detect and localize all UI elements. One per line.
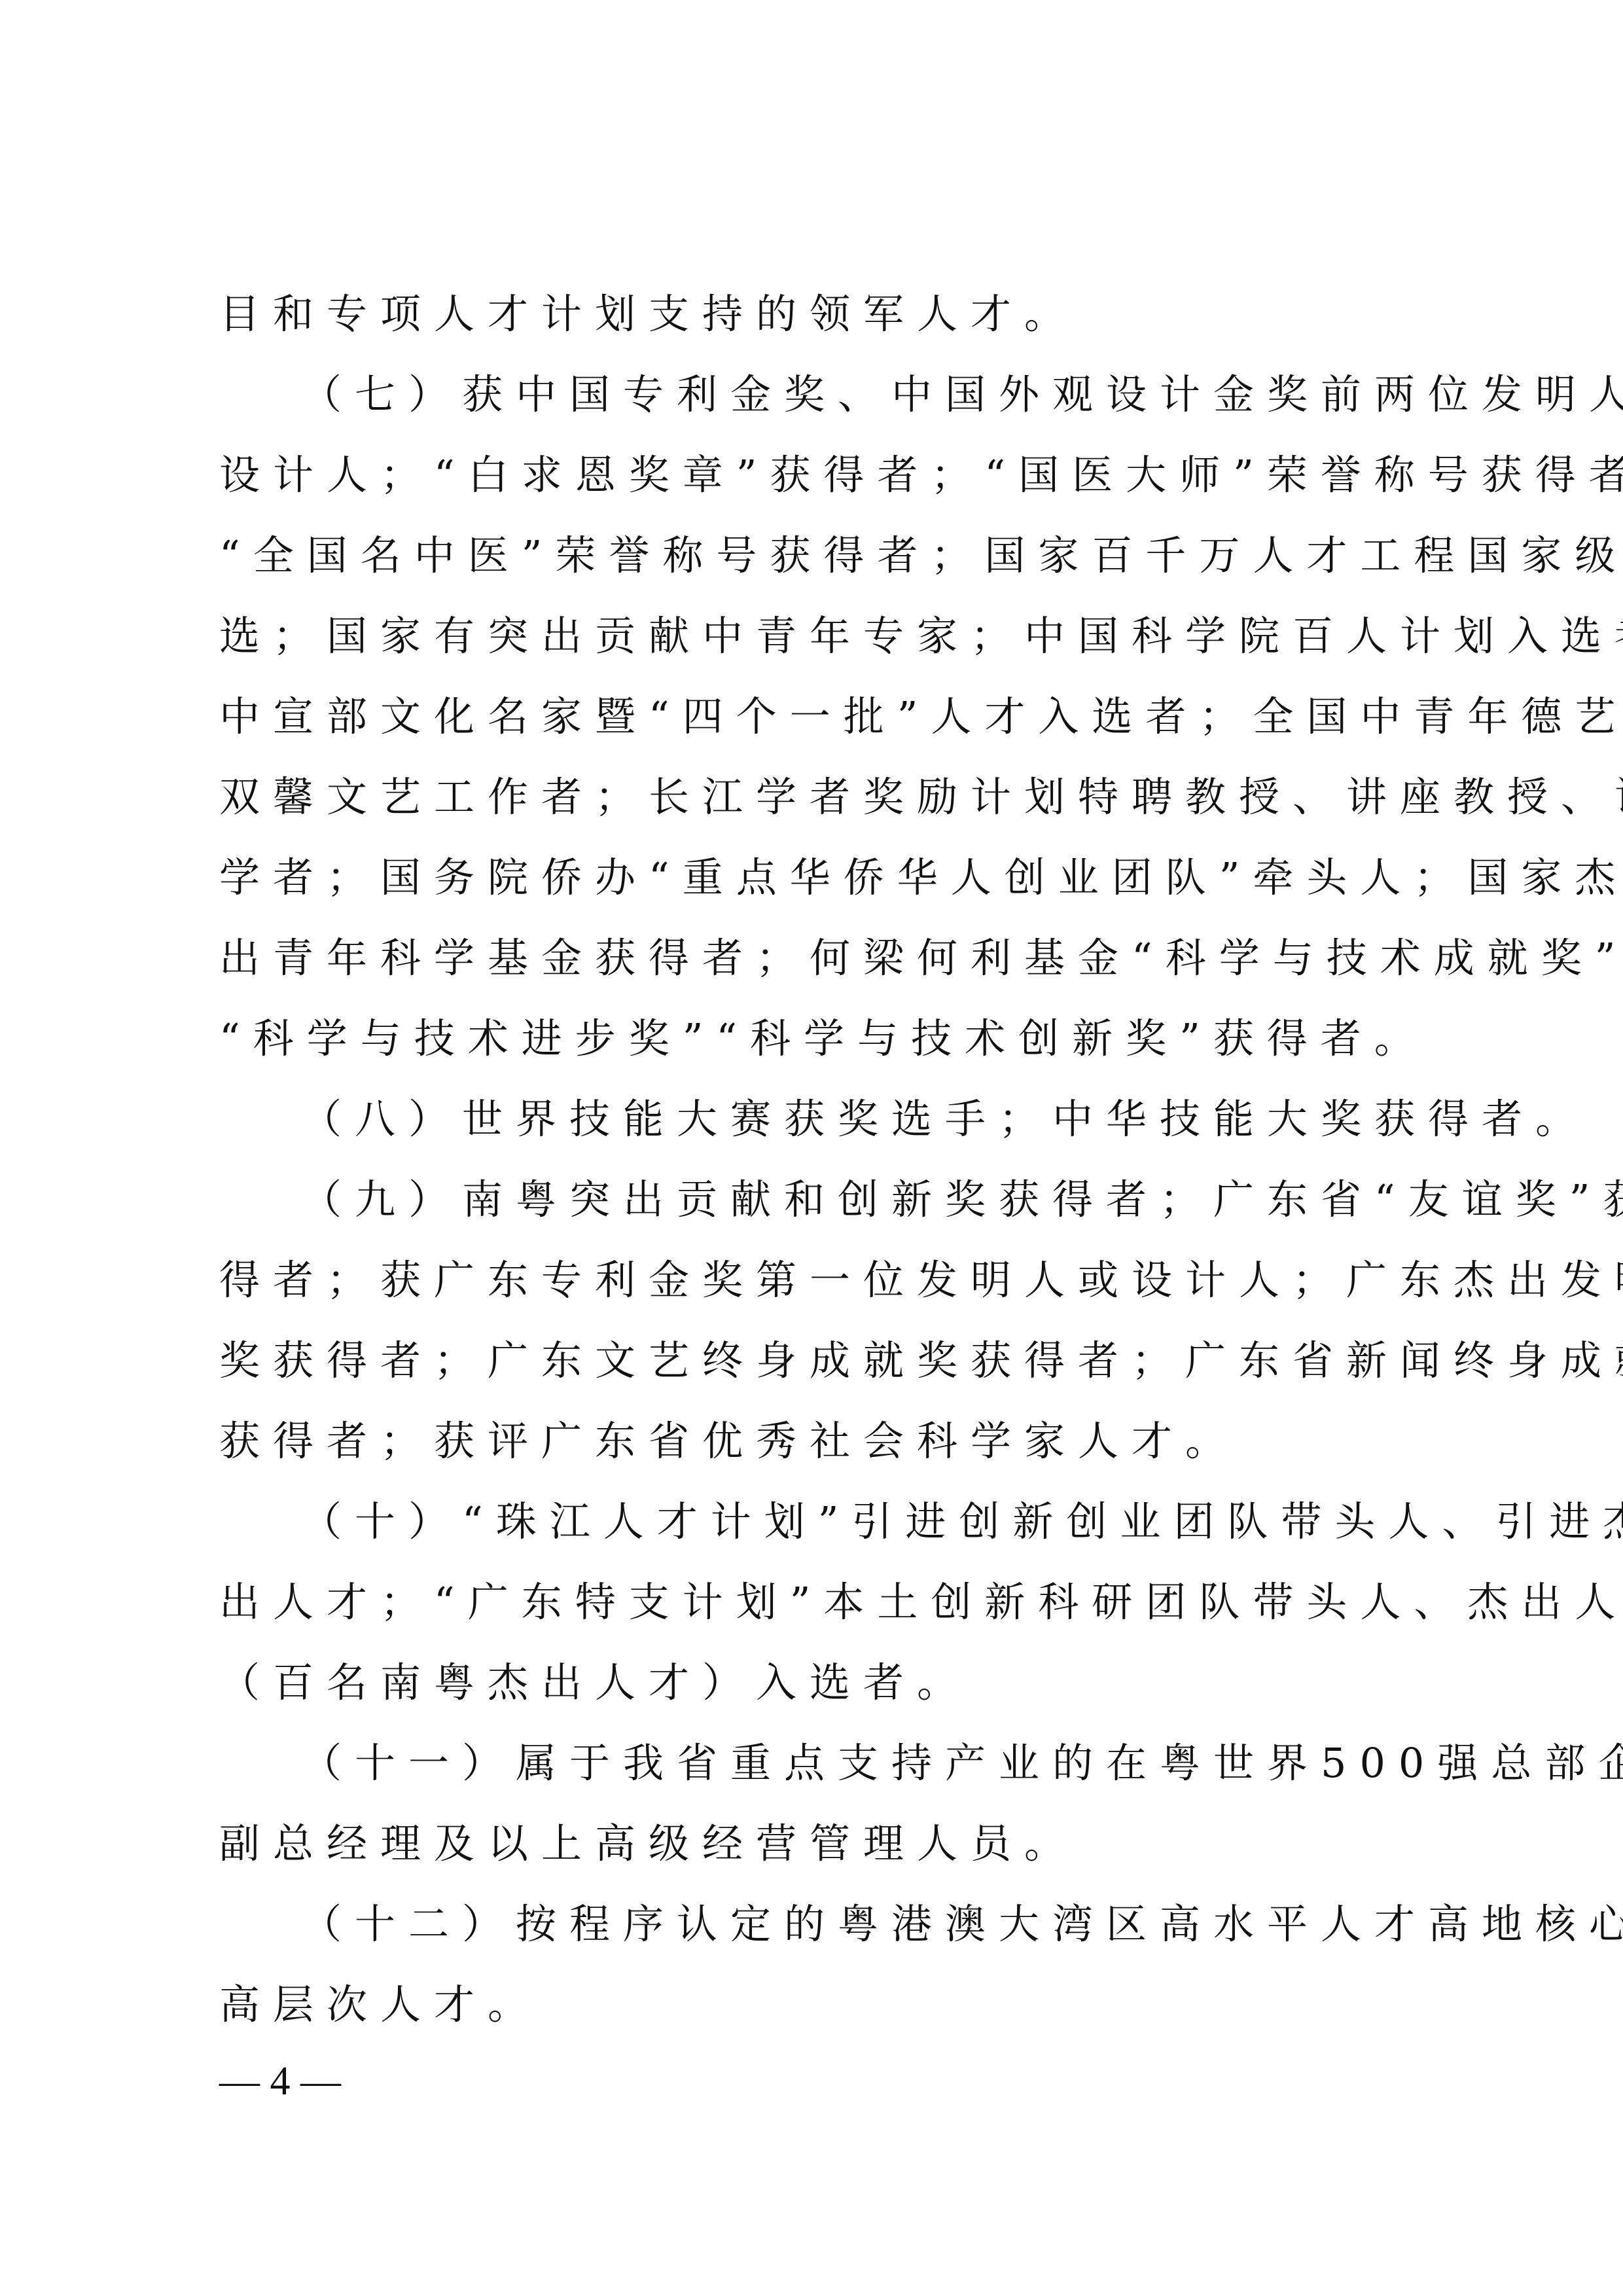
paragraph-7-line-3: “全国名中医”荣誉称号获得者；国家百千万人才工程国家级人 (219, 529, 1410, 582)
paragraph-7-line-8: 出青年科学基金获得者；何梁何利基金“科学与技术成就奖” (219, 932, 1410, 984)
paragraph-9-line-1: （九）南粤突出贡献和创新奖获得者；广东省“友谊奖”获 (301, 1174, 1410, 1226)
paragraph-10-line-2: 出人才；“广东特支计划”本土创新科研团队带头人、杰出人才 (219, 1576, 1410, 1628)
paragraph-9-line-4: 获得者；获评广东省优秀社会科学家人才。 (219, 1415, 1410, 1467)
paragraph-9-line-2: 得者；获广东专利金奖第一位发明人或设计人；广东杰出发明人 (219, 1254, 1410, 1306)
paragraph-7-line-1: （七）获中国专利金奖、中国外观设计金奖前两位发明人或 (301, 368, 1410, 421)
paragraph-7-line-5: 中宣部文化名家暨“四个一批”人才入选者；全国中青年德艺 (219, 691, 1410, 743)
paragraph-9-line-3: 奖获得者；广东文艺终身成就奖获得者；广东省新闻终身成就奖 (219, 1335, 1410, 1387)
paragraph-7-line-9: “科学与技术进步奖”“科学与技术创新奖”获得者。 (219, 1013, 1410, 1065)
paragraph-12-line-2: 高层次人才。 (219, 1979, 1410, 2031)
paragraph-11-line-1: （十一）属于我省重点支持产业的在粤世界500强总部企业 (301, 1737, 1410, 1789)
paragraph-7-line-4: 选；国家有突出贡献中青年专家；中国科学院百人计划入选者； (219, 610, 1410, 662)
paragraph-10-line-3: （百名南粤杰出人才）入选者。 (219, 1657, 1410, 1709)
text-line-continuation: 目和专项人才计划支持的领军人才。 (219, 288, 1410, 340)
paragraph-12-line-1: （十二）按程序认定的粤港澳大湾区高水平人才高地核心区 (301, 1898, 1410, 1950)
paragraph-8-line-1: （八）世界技能大赛获奖选手；中华技能大奖获得者。 (301, 1093, 1410, 1145)
paragraph-10-line-1: （十）“珠江人才计划”引进创新创业团队带头人、引进杰 (301, 1496, 1410, 1548)
paragraph-7-line-2: 设计人；“白求恩奖章”获得者；“国医大师”荣誉称号获得者； (219, 449, 1410, 501)
document-page: 目和专项人才计划支持的领军人才。 （七）获中国专利金奖、中国外观设计金奖前两位发… (0, 0, 1623, 2296)
paragraph-7-line-6: 双馨文艺工作者；长江学者奖励计划特聘教授、讲座教授、讲席 (219, 771, 1410, 823)
paragraph-7-line-7: 学者；国务院侨办“重点华侨华人创业团队”牵头人；国家杰 (219, 852, 1410, 904)
paragraph-11-line-2: 副总经理及以上高级经营管理人员。 (219, 1818, 1410, 1870)
page-number: — 4 — (219, 2055, 341, 2108)
